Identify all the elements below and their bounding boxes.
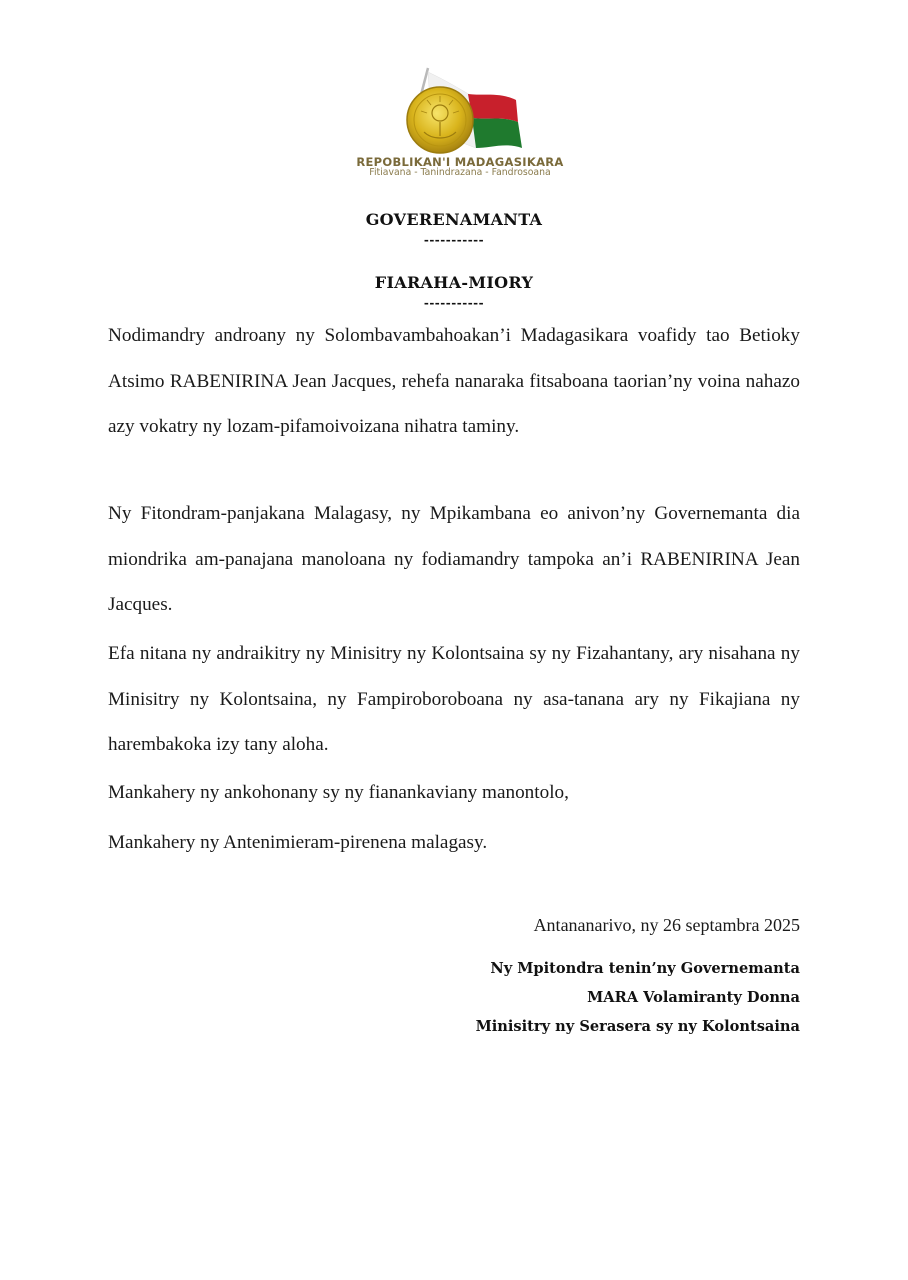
place-and-date: Antananarivo, ny 26 septambra 2025 xyxy=(534,915,800,936)
logo-motto: Fitiavana - Tanindrazana - Fandrosoana xyxy=(344,167,576,178)
closing-line: Mankahery ny ankohonany sy ny fianankavi… xyxy=(108,782,569,804)
body-paragraph: Nodimandry androany ny Solombavambahoaka… xyxy=(108,313,800,450)
government-logo: REPOBLIKAN'I MADAGASIKARA Fitiavana - Ta… xyxy=(340,66,580,178)
heading-separator: ----------- xyxy=(0,233,908,247)
subject-separator: ----------- xyxy=(0,296,908,310)
document-subject-heading: FIARAHA-MIORY xyxy=(0,273,908,292)
document-org-heading: GOVERENAMANTA xyxy=(0,210,908,229)
signatory-ministry: Minisitry ny Serasera sy ny Kolontsaina xyxy=(476,1018,800,1035)
signatory-role: Ny Mpitondra tenin’ny Governemanta xyxy=(490,960,800,977)
body-paragraph: Ny Fitondram-panjakana Malagasy, ny Mpik… xyxy=(108,491,800,628)
closing-line: Mankahery ny Antenimieram-pirenena malag… xyxy=(108,832,487,854)
madagascar-seal-and-flag-icon xyxy=(340,66,580,156)
signatory-name: MARA Volamiranty Donna xyxy=(587,989,800,1006)
body-paragraph: Efa nitana ny andraikitry ny Minisitry n… xyxy=(108,631,800,768)
